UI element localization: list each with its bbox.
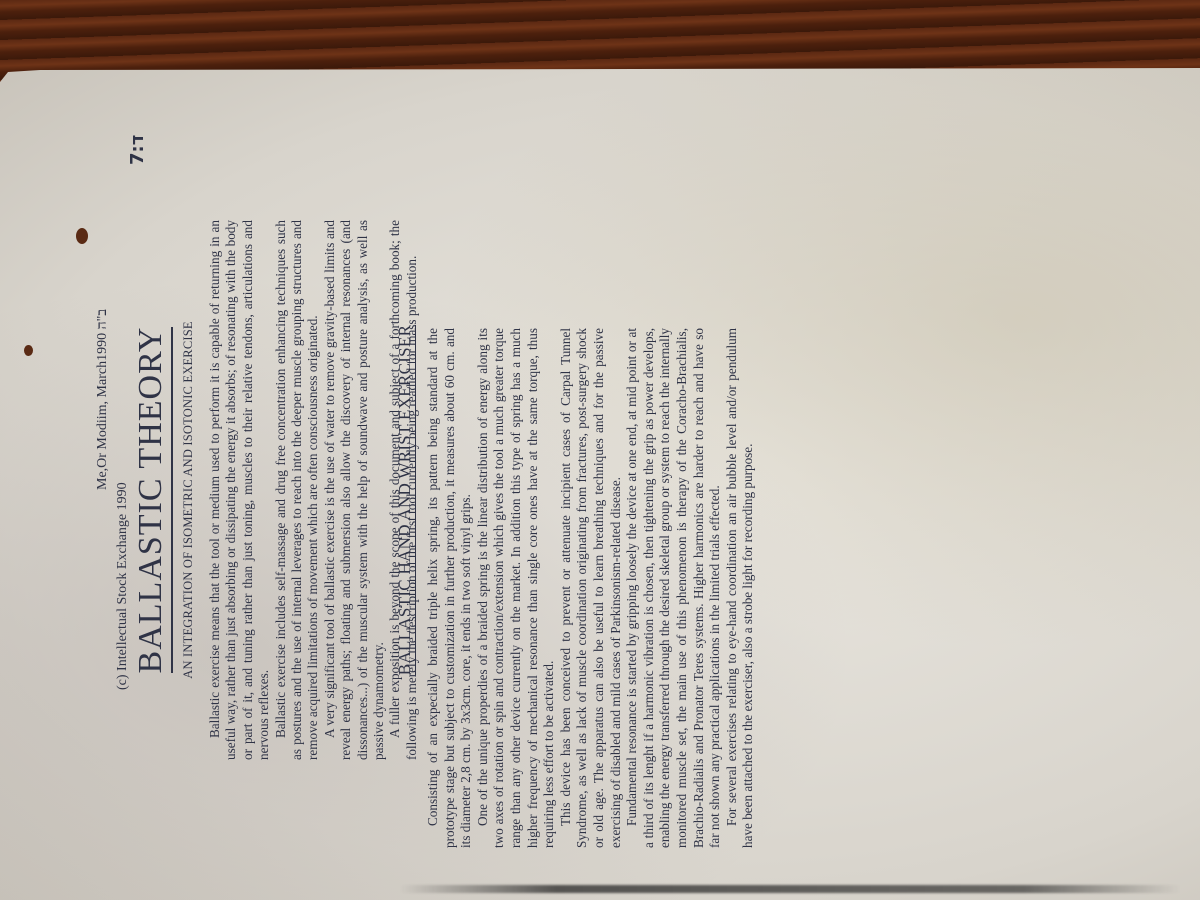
document-title: BALLASTIC THEORY [131, 130, 171, 870]
exerciser-section: Consisting of an expecially braided trip… [425, 328, 757, 848]
paragraph: This device has been conceived to preven… [558, 328, 624, 848]
section-heading: BALLASTIC HAND AND WRIST EXERCISER [395, 130, 415, 870]
paragraph: Ballastic exercise means that the tool o… [207, 220, 273, 760]
paragraph: Ballastic exercise includes self-massage… [273, 220, 322, 760]
paragraph: Consisting of an expecially braided trip… [425, 328, 475, 848]
paper-stain [24, 345, 33, 356]
paragraph: Fundamental resonance is started by grip… [624, 328, 724, 848]
place-date-line: Me,Or Modiim, March1990 ב"ה [95, 309, 111, 490]
paper-stain [76, 228, 88, 244]
paragraph: A very significant tool of ballastic exe… [322, 220, 388, 760]
paragraph: For several exercises relating to eye-ha… [724, 328, 757, 848]
paper-edge-shadow [400, 885, 1180, 893]
intro-section: Ballastic exercise means that the tool o… [207, 220, 420, 760]
title-text: BALLASTIC THEORY [132, 327, 173, 674]
document-page: Me,Or Modiim, March1990 ב"ה (c) Intellec… [95, 130, 935, 870]
copyright-line: (c) Intellectual Stock Exchange 1990 [115, 482, 131, 690]
paragraph: One of the unique properdies of a braide… [475, 328, 558, 848]
section-title-text: BALLASTIC HAND AND WRIST EXERCISER [395, 325, 416, 676]
document-subtitle: AN INTEGRATION OF ISOMETRIC AND ISOTONIC… [181, 130, 196, 870]
